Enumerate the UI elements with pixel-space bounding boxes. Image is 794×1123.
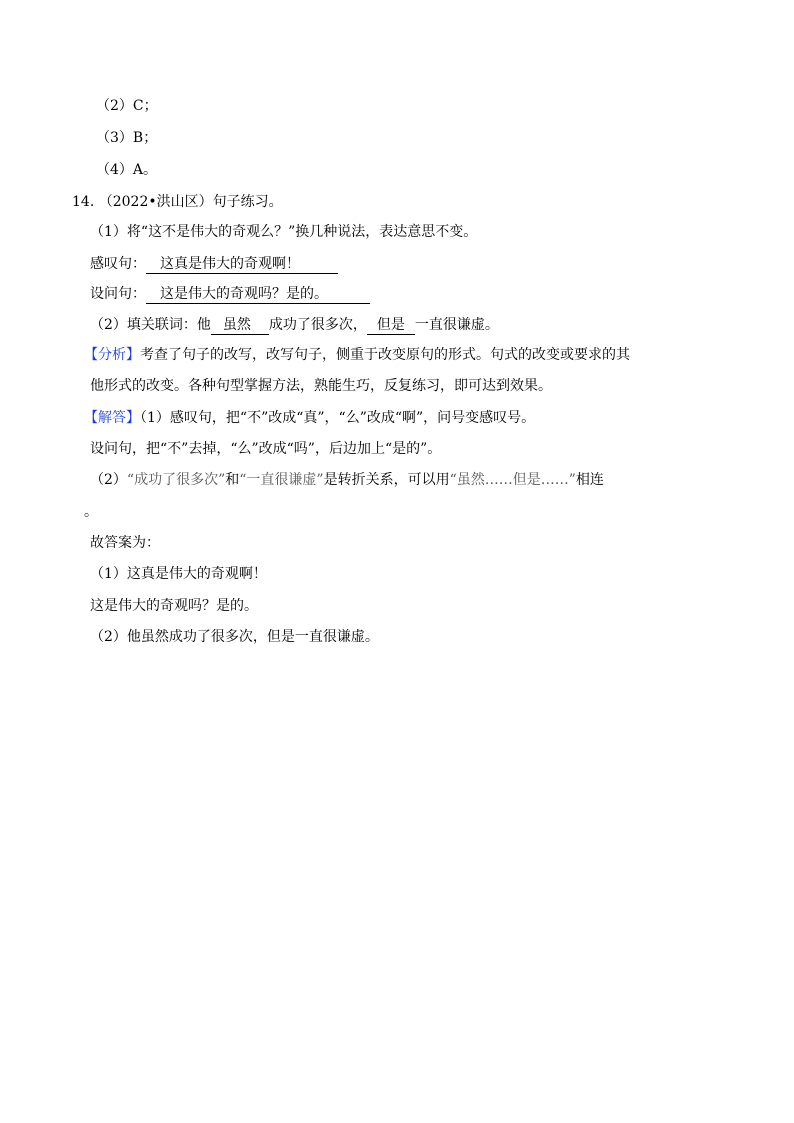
question-number: 14. (72, 194, 94, 210)
solution-end: 相连 (576, 472, 604, 488)
previous-answer-2: （2）C； (96, 96, 158, 116)
exclamatory-label: 感叹句： (90, 256, 146, 272)
final-answer-intro: 故答案为： (90, 533, 160, 553)
part2-blank2: 但是 (367, 316, 415, 335)
analysis-line2: 他形式的改变。各种句型掌握方法，熟能生巧，反复练习，即可达到效果。 (90, 376, 552, 396)
part2-blank1: 虽然 (211, 316, 269, 335)
part2-prefix: （2）填关联词：他 (90, 317, 211, 333)
previous-answer-3: （3）B； (96, 128, 157, 148)
question-source: （2022•洪山区）句子练习。 (99, 194, 283, 210)
exclamatory-row: 感叹句：这真是伟大的奇观啊！ (90, 254, 338, 274)
rhetorical-label: 设问句： (90, 286, 146, 302)
part2-suffix: 一直很谦虚。 (415, 317, 499, 333)
solution-quote1: “成功了很多次” (127, 472, 225, 488)
rhetorical-row: 设问句：这是伟大的奇观吗？是的。 (90, 284, 370, 304)
solution-quote2: “一直很谦虚” (239, 472, 323, 488)
rhetorical-answer: 这是伟大的奇观吗？是的。 (146, 285, 370, 304)
part1-prompt: （1）将“这不是伟大的奇观么？”换几种说法，表达意思不变。 (90, 222, 477, 242)
solution-line4: 。 (84, 502, 98, 522)
solution-line3-prefix: （2） (90, 472, 127, 488)
analysis-label: 【分析】 (84, 347, 140, 363)
solution-mid: 是转折关系，可以用 (324, 472, 450, 488)
part2-middle: 成功了很多次， (269, 317, 367, 333)
final-answer-line3: （2）他虽然成功了很多次，但是一直很谦虚。 (90, 627, 379, 647)
analysis-line1: 【分析】考查了句子的改写，改写句子，侧重于改变原句的形式。句式的改变或要求的其 (84, 345, 630, 365)
solution-and: 和 (225, 472, 239, 488)
solution-line2: 设问句，把“不”去掉，“么”改成“吗”，后边加上“是的”。 (90, 439, 441, 459)
part2-row: （2）填关联词：他虽然成功了很多次，但是一直很谦虚。 (90, 315, 499, 335)
solution-text1: （1）感叹句，把“不”改成“真”，“么”改成“啊”，问号变感叹号。 (140, 410, 535, 426)
solution-quote3: “虽然……但是……” (450, 472, 576, 488)
solution-line1: 【解答】（1）感叹句，把“不”改成“真”，“么”改成“啊”，问号变感叹号。 (84, 408, 535, 428)
solution-line3: （2）“成功了很多次”和“一直很谦虚”是转折关系，可以用“虽然……但是……”相连 (90, 470, 604, 490)
question-heading: 14. （2022•洪山区）句子练习。 (72, 192, 283, 212)
final-answer-line2: 这是伟大的奇观吗？是的。 (90, 596, 258, 616)
previous-answer-4: （4）A。 (96, 160, 157, 180)
analysis-text1: 考查了句子的改写，改写句子，侧重于改变原句的形式。句式的改变或要求的其 (140, 347, 630, 363)
exclamatory-answer: 这真是伟大的奇观啊！ (146, 255, 338, 274)
final-answer-line1: （1）这真是伟大的奇观啊！ (90, 564, 267, 584)
solution-label: 【解答】 (84, 410, 140, 426)
